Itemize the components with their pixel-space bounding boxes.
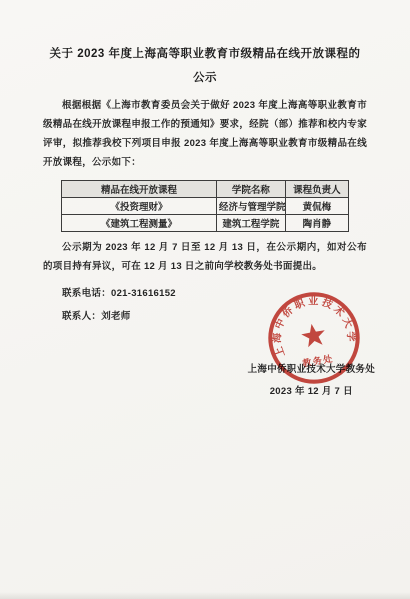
column-header-course: 精品在线开放课程 <box>62 181 217 198</box>
course-table: 精品在线开放课程 学院名称 课程负责人 《投资理财》 经济与管理学院 黄侃梅 《… <box>61 180 349 232</box>
cell-course-name: 《建筑工程测量》 <box>62 215 217 232</box>
table-row: 《建筑工程测量》 建筑工程学院 陶肖静 <box>62 215 349 232</box>
page-title: 关于 2023 年度上海高等职业教育市级精品在线开放课程的 公示 <box>43 42 367 90</box>
cell-course-name: 《投资理财》 <box>62 198 217 215</box>
column-header-college: 学院名称 <box>216 181 285 198</box>
page-title-line1: 关于 2023 年度上海高等职业教育市级精品在线开放课程的 <box>50 48 361 60</box>
page-title-line2: 公示 <box>193 72 217 84</box>
issuing-department: 上海中侨职业技术大学教务处 <box>248 362 375 378</box>
signature-block: 上海中侨职业技术大学教务处 2023 年 12 月 7 日 <box>43 362 367 400</box>
body-paragraph-period: 公示期为 2023 年 12 月 7 日至 12 月 13 日，在公示期内，如对… <box>43 238 367 276</box>
issue-date: 2023 年 12 月 7 日 <box>248 384 375 400</box>
cell-college-name: 建筑工程学院 <box>216 215 285 232</box>
contact-phone: 联系电话：021-31616152 <box>43 285 367 303</box>
contact-person: 联系人：刘老师 <box>43 308 367 326</box>
column-header-leader: 课程负责人 <box>285 181 348 198</box>
table-row: 《投资理财》 经济与管理学院 黄侃梅 <box>62 198 349 215</box>
body-paragraph-intro: 根据根据《上海市教育委员会关于做好 2023 年度上海高等职业教育市级精品在线开… <box>43 96 367 172</box>
cell-college-name: 经济与管理学院 <box>216 198 285 215</box>
cell-leader-name: 陶肖静 <box>285 215 348 232</box>
document-page: 关于 2023 年度上海高等职业教育市级精品在线开放课程的 公示 根据根据《上海… <box>0 0 410 599</box>
cell-leader-name: 黄侃梅 <box>285 198 348 215</box>
table-header-row: 精品在线开放课程 学院名称 课程负责人 <box>62 181 349 198</box>
